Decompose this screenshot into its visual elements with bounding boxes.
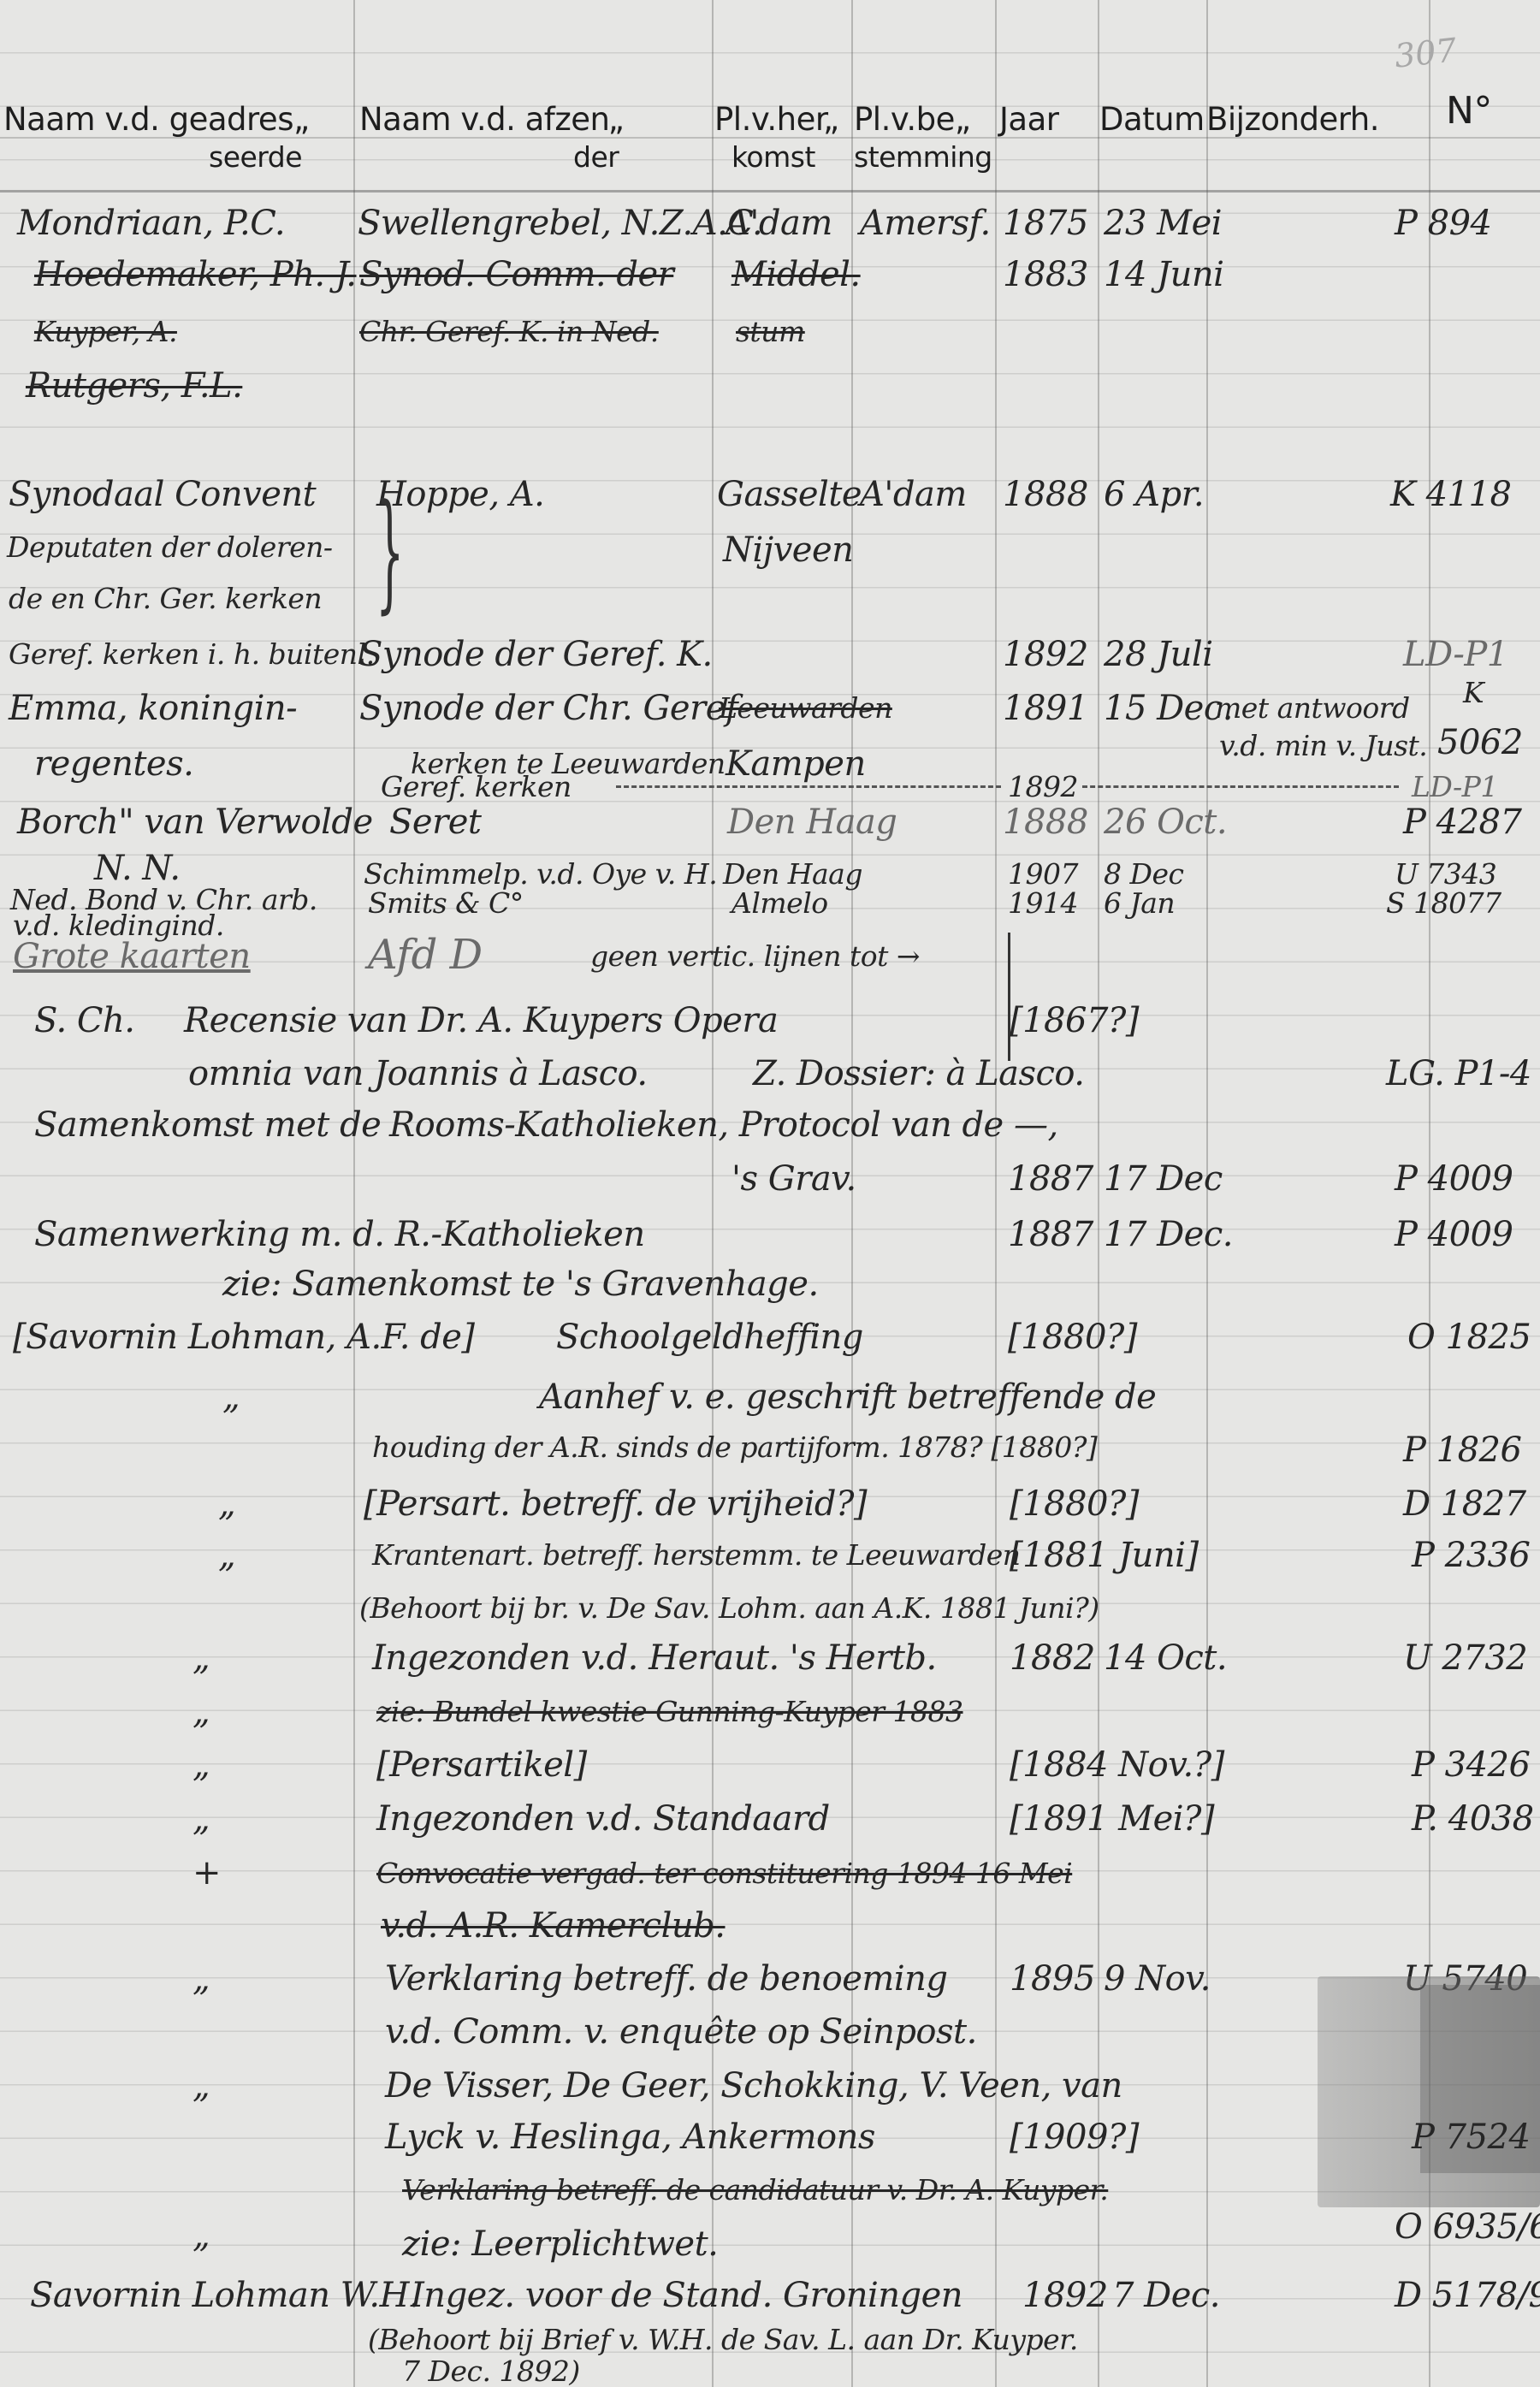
entry-afzender: Ingez. voor de Stand. Groningen <box>411 2276 962 2315</box>
entry-afzender: Swellengrebel, N.Z.A.C. <box>358 204 762 243</box>
entry-afzender: 7 Dec. 1892) <box>402 2354 580 2387</box>
entry-nummer: O 6935/6 <box>1395 2207 1540 2247</box>
entry-afzender: zie: Bundel kwestie Gunning-Kuyper 1883 <box>376 1695 963 1728</box>
entry-jaar: [1891 Mei?] <box>1010 1799 1214 1839</box>
entry-jaar: 1892 <box>1008 770 1078 803</box>
entry-afzender: De Visser, De Geer, Schokking, V. Veen, … <box>385 2066 1122 2106</box>
entry-jaar: 1888 <box>1003 475 1088 514</box>
entry-afzender: [Persartikel] <box>376 1745 587 1785</box>
entry-herkomst: geen vertic. lijnen tot → <box>590 939 920 973</box>
entry-geadresseerde: Rutgers, F.L. <box>26 366 242 406</box>
entry-herkomst: Leeuwarden <box>719 691 892 725</box>
index-card: 307 Naam v.d. geadres„ seerde Naam v.d. … <box>0 0 1540 2387</box>
entry-herkomst: A'dam <box>726 204 832 243</box>
entry-nummer: O 1825 <box>1407 1318 1531 1357</box>
ditto-mark: „ <box>192 2066 210 2106</box>
entry-bijzonderheden: v.d. min v. Just. <box>1219 729 1427 762</box>
entry-nummer: P 4009 <box>1395 1215 1513 1254</box>
entry-nummer: 5062 <box>1437 723 1523 762</box>
dashed-line <box>616 785 1001 788</box>
entry-datum: 14 Juni <box>1104 255 1223 294</box>
entry-afzender: Afd D <box>368 931 483 979</box>
entry-datum: 6 Apr. <box>1104 475 1204 514</box>
entry-datum: 23 Mei <box>1104 204 1222 243</box>
page-number: 307 <box>1393 31 1459 74</box>
ditto-mark: „ <box>192 1692 210 1732</box>
entry-jaar: [1880?] <box>1010 1484 1139 1524</box>
entry-nummer: P 2336 <box>1412 1536 1530 1575</box>
entry-geadresseerde: S. Ch. <box>34 1001 135 1040</box>
header-rule <box>0 190 1540 192</box>
entry-jaar: 1914 <box>1008 886 1078 920</box>
entry-jaar: 1875 <box>1003 204 1088 243</box>
entry-afzender: Synode der Chr. Geref <box>359 689 737 728</box>
ditto-mark: „ <box>192 2216 210 2255</box>
header-label: Naam v.d. afzen„ <box>359 101 624 138</box>
entry-afzender: Geref. kerken <box>381 770 572 803</box>
entry-nummer: LD-P1 <box>1403 635 1508 674</box>
entry-nummer: P 7524 <box>1412 2117 1530 2157</box>
entry-afzender: Lyck v. Heslinga, Ankermons <box>385 2117 875 2157</box>
entry-afzender: Synode der Geref. K. <box>359 635 713 674</box>
entry-afzender: v.d. Comm. v. enquête op Seinpost. <box>385 2012 977 2052</box>
entry-geadresseerde: Deputaten der doleren- <box>7 530 333 564</box>
entry-datum: 26 Oct. <box>1104 803 1227 842</box>
entry-jaar: [1867?] <box>1010 1001 1139 1040</box>
entry-geadresseerde: [Savornin Lohman, A.F. de] <box>13 1318 475 1357</box>
entry-herkomst: 's Grav. <box>731 1159 856 1199</box>
entry-nummer: P 4287 <box>1403 803 1521 842</box>
entry-jaar: [1881 Juni] <box>1010 1536 1199 1575</box>
entry-afzender: v.d. A.R. Kamerclub. <box>381 1906 725 1946</box>
entry-datum: 7 Dec. <box>1112 2276 1220 2315</box>
entry-jaar: [1880?] <box>1008 1318 1137 1357</box>
entry-datum: 14 Oct. <box>1104 1638 1227 1678</box>
entry-jaar: 1892 <box>1022 2276 1108 2315</box>
entry-geadresseerde: Emma, koningin- <box>9 689 297 728</box>
entry-herkomst: Z. Dossier: à Lasco. <box>753 1054 1085 1093</box>
column-rule <box>995 0 997 2387</box>
entry-jaar: 1887 <box>1008 1215 1093 1254</box>
header-sublabel: stemming <box>854 140 992 174</box>
header-afzender: Naam v.d. afzen„ der <box>359 101 624 138</box>
entry-herkomst: Den Haag <box>727 803 897 842</box>
entry-afzender: Verklaring betreff. de candidatuur v. Dr… <box>402 2173 1108 2206</box>
ditto-mark: „ <box>218 1484 235 1524</box>
entry-datum: 28 Juli <box>1104 635 1213 674</box>
header-jaar: Jaar <box>999 101 1058 138</box>
entry-afzender: Chr. Geref. K. in Ned. <box>359 315 659 348</box>
entry-geadresseerde: Synodaal Convent <box>9 475 316 514</box>
entry-afzender: zie: Leerplichtwet. <box>402 2224 718 2264</box>
margin-mark: + <box>192 1853 221 1892</box>
entry-datum: 17 Dec <box>1104 1159 1223 1199</box>
entry-afzender: omnia van Joannis à Lasco. <box>188 1054 648 1093</box>
entry-nummer: P. 4038 <box>1412 1799 1534 1839</box>
header-geadresseerde: Naam v.d. geadres„ seerde <box>3 101 310 138</box>
header-label: Naam v.d. geadres„ <box>3 101 310 138</box>
header-label: Pl.v.her„ <box>714 101 839 138</box>
header-sublabel: komst <box>731 140 815 174</box>
entry-afzender: Recensie van Dr. A. Kuypers Opera <box>184 1001 778 1040</box>
entry-geadresseerde: Grote kaarten <box>13 937 251 976</box>
entry-jaar: [1884 Nov.?] <box>1010 1745 1224 1785</box>
header-sublabel: der <box>573 140 619 174</box>
column-rule <box>1098 0 1099 2387</box>
entry-jaar: 1888 <box>1003 803 1088 842</box>
entry-herkomst: Middel. <box>731 255 861 294</box>
entry-afzender: [Persart. betreff. de vrijheid?] <box>364 1484 867 1524</box>
header-herkomst: Pl.v.her„ komst <box>714 101 839 138</box>
header-datum: Datum <box>1099 101 1205 138</box>
entry-geadresseerde: Kuyper, A. <box>34 315 177 348</box>
header-bijzonderheden: Bijzonderh. <box>1206 101 1379 138</box>
entry-datum: 6 Jan <box>1104 886 1175 920</box>
entry-afzender: Schoolgeldheffing <box>556 1318 863 1357</box>
ditto-mark: „ <box>192 1799 210 1839</box>
ditto-mark: „ <box>222 1377 240 1417</box>
entry-nummer: P 894 <box>1395 204 1491 243</box>
entry-geadresseerde: Savornin Lohman W.H. <box>30 2276 419 2315</box>
entry-jaar: 1891 <box>1003 689 1088 728</box>
entry-afzender: Smits & C° <box>368 886 524 920</box>
entry-nummer: P 4009 <box>1395 1159 1513 1199</box>
dashed-line <box>1082 785 1399 788</box>
entry-jaar: 1882 <box>1010 1638 1095 1678</box>
entry-afzender: Ingezonden v.d. Heraut. 's Hertb. <box>372 1638 937 1678</box>
entry-nummer: K 4118 <box>1390 475 1511 514</box>
entry-herkomst: Nijveen <box>723 530 853 570</box>
entry-afzender: Synod. Comm. der <box>359 255 673 294</box>
entry-bijzonderheden: met antwoord <box>1215 691 1410 725</box>
entry-afzender: Krantenart. betreff. herstemm. te Leeuwa… <box>372 1538 1021 1572</box>
entry-nummer: P 3426 <box>1412 1745 1530 1785</box>
header-nummer: N° <box>1446 89 1492 133</box>
entry-datum: 15 Dec. <box>1104 689 1233 728</box>
entry-nummer: LG. P1-4 <box>1386 1054 1531 1093</box>
entry-jaar: 1895 <box>1010 1959 1095 1999</box>
header-bestemming: Pl.v.be„ stemming <box>854 101 971 138</box>
header-sublabel: seerde <box>209 140 302 174</box>
entry-afzender: (Behoort bij Brief v. W.H. de Sav. L. aa… <box>368 2323 1078 2356</box>
entry-bestemming: Amersf. <box>860 204 991 243</box>
entry-afzender: Rooms-Katholieken, Protocol van de —, <box>389 1105 1058 1145</box>
entry-herkomst: Kampen <box>726 744 866 784</box>
ditto-mark: „ <box>192 1959 210 1999</box>
entry-bestemming: A'dam <box>860 475 967 514</box>
entry-afzender: Ingezonden v.d. Standaard <box>376 1799 830 1839</box>
entry-datum: 17 Dec. <box>1104 1215 1233 1254</box>
entry-geadresseerde: Mondriaan, P.C. <box>17 204 285 243</box>
entry-afzender: Convocatie vergad. ter constituering 189… <box>376 1857 1072 1890</box>
entry-geadresseerde: Borch" van Verwolde <box>17 803 373 842</box>
entry-nummer: D 1827 <box>1403 1484 1526 1524</box>
ditto-mark: „ <box>192 1745 210 1785</box>
entry-afzender: zie: Samenkomst te 's Gravenhage. <box>222 1265 819 1304</box>
entry-geadresseerde: de en Chr. Ger. kerken <box>9 582 322 615</box>
entry-herkomst: stum <box>736 315 805 348</box>
ditto-mark: „ <box>218 1536 235 1575</box>
entry-jaar: 1883 <box>1003 255 1088 294</box>
entry-jaar: [1909?] <box>1010 2117 1139 2157</box>
entry-jaar: 1892 <box>1003 635 1088 674</box>
entry-afzender: (Behoort bij br. v. De Sav. Lohm. aan A.… <box>359 1591 1099 1625</box>
column-rule <box>353 0 355 2387</box>
entry-herkomst: Gasselte <box>717 475 862 514</box>
header-label: Pl.v.be„ <box>854 101 971 138</box>
entry-afzender: Verklaring betreff. de benoeming <box>385 1959 948 1999</box>
entry-geadresseerde: regentes. <box>34 744 193 784</box>
entry-geadresseerde: Samenkomst met de <box>34 1105 381 1145</box>
entry-afzender: Seret <box>389 803 481 842</box>
entry-nummer: D 5178/9 <box>1395 2276 1540 2315</box>
entry-herkomst: Almelo <box>731 886 828 920</box>
entry-geadresseerde: Samenwerking m. d. R.-Katholieken <box>34 1215 645 1254</box>
entry-nummer: K <box>1463 676 1484 709</box>
entry-nummer: U 2732 <box>1403 1638 1527 1678</box>
entry-nummer: S 18077 <box>1386 886 1501 920</box>
ditto-mark: „ <box>192 1638 210 1678</box>
entry-jaar: 1887 <box>1008 1159 1093 1199</box>
entry-datum: 9 Nov. <box>1104 1959 1211 1999</box>
entry-nummer: LD-P1 <box>1412 770 1498 803</box>
entry-afzender: houding der A.R. sinds de partijform. 18… <box>372 1430 1097 1464</box>
entry-nummer: P 1826 <box>1403 1430 1521 1470</box>
entry-geadresseerde: Hoedemaker, Ph. J. <box>34 255 357 294</box>
entry-geadresseerde: Geref. kerken i. h. buitenl. <box>9 637 375 671</box>
brace-mark: } <box>376 488 404 616</box>
entry-afzender: Aanhef v. e. geschrift betreffende de <box>539 1377 1156 1417</box>
vertical-marker-line <box>1008 933 1010 1061</box>
